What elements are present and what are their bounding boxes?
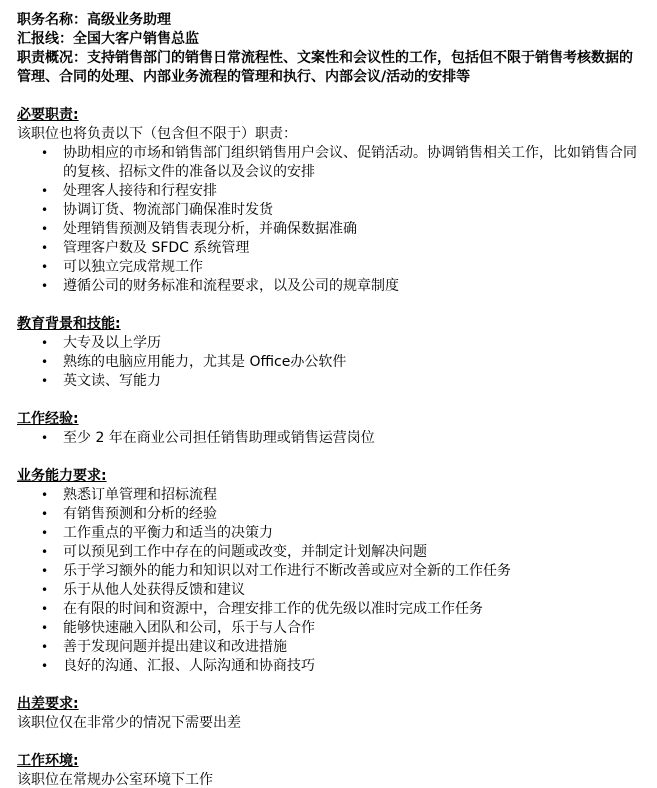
duties-intro: 该职位也将负责以下（包含但不限于）职责： <box>17 125 657 144</box>
experience-list: •至少 2 年在商业公司担任销售助理或销售运营岗位 <box>17 429 657 448</box>
bullet-icon: • <box>41 505 48 524</box>
bullet-icon: • <box>41 619 48 638</box>
bullet-icon: • <box>41 334 48 353</box>
bullet-icon: • <box>41 657 48 676</box>
bullet-icon: • <box>41 220 48 239</box>
spacer <box>17 676 657 695</box>
section-heading-duties: 必要职责: <box>17 106 657 125</box>
environment-text: 该职位在常规办公室环境下工作 <box>17 771 657 788</box>
list-item: •管理客户数及 SFDC 系统管理 <box>17 239 637 258</box>
section-heading-experience: 工作经验: <box>17 410 657 429</box>
summary-label: 职责概况： <box>17 50 87 66</box>
report-line: 汇报线：全国大客户销售总监 <box>17 30 657 49</box>
bullet-icon: • <box>41 581 48 600</box>
summary-value: 支持销售部门的销售日常流程性、文案性和会议性的工作，包括但不限于销售考核数据的管… <box>17 50 633 85</box>
list-item: •大专及以上学历 <box>17 334 637 353</box>
list-item: •能够快速融入团队和公司，乐于与人合作 <box>17 619 637 638</box>
list-item: •工作重点的平衡力和适当的决策力 <box>17 524 637 543</box>
bullet-icon: • <box>41 372 48 391</box>
list-item: •善于发现问题并提出建议和改进措施 <box>17 638 637 657</box>
bullet-icon: • <box>41 144 48 163</box>
section-heading-travel: 出差要求: <box>17 695 657 714</box>
spacer <box>17 296 657 315</box>
list-item: •乐于从他人处获得反馈和建议 <box>17 581 637 600</box>
report-value: 全国大客户销售总监 <box>73 31 199 47</box>
section-heading-education: 教育背景和技能: <box>17 315 657 334</box>
bullet-icon: • <box>41 239 48 258</box>
bullet-icon: • <box>41 353 48 372</box>
list-item: •处理客人接待和行程安排 <box>17 182 637 201</box>
list-item: •协助相应的市场和销售部门组织销售用户会议、促销活动。协调销售相关工作，比如销售… <box>17 144 637 182</box>
list-item: •良好的沟通、汇报、人际沟通和协商技巧 <box>17 657 637 676</box>
bullet-icon: • <box>41 543 48 562</box>
list-item: •至少 2 年在商业公司担任销售助理或销售运营岗位 <box>17 429 637 448</box>
travel-text: 该职位仅在非常少的情况下需要出差 <box>17 714 657 733</box>
section-heading-environment: 工作环境: <box>17 752 657 771</box>
list-item: •熟悉订单管理和招标流程 <box>17 486 637 505</box>
spacer <box>17 448 657 467</box>
bullet-icon: • <box>41 201 48 220</box>
job-title-value: 高级业务助理 <box>87 12 171 28</box>
list-item: •处理销售预测及销售表现分析，并确保数据准确 <box>17 220 637 239</box>
list-item: •有销售预测和分析的经验 <box>17 505 637 524</box>
spacer <box>17 391 657 410</box>
bullet-icon: • <box>41 277 48 296</box>
bullet-icon: • <box>41 600 48 619</box>
job-description-document: 职务名称：高级业务助理 汇报线：全国大客户销售总监 职责概况：支持销售部门的销售… <box>0 0 657 788</box>
bullet-icon: • <box>41 638 48 657</box>
list-item: •遵循公司的财务标准和流程要求，以及公司的规章制度 <box>17 277 637 296</box>
report-label: 汇报线： <box>17 31 73 47</box>
section-heading-abilities: 业务能力要求: <box>17 467 657 486</box>
spacer <box>17 87 657 106</box>
bullet-icon: • <box>41 486 48 505</box>
list-item: •乐于学习额外的能力和知识以对工作进行不断改善或应对全新的工作任务 <box>17 562 637 581</box>
list-item: •协调订货、物流部门确保准时发货 <box>17 201 637 220</box>
list-item: •英文读、写能力 <box>17 372 637 391</box>
bullet-icon: • <box>41 524 48 543</box>
bullet-icon: • <box>41 258 48 277</box>
list-item: •熟练的电脑应用能力，尤其是 Office办公软件 <box>17 353 637 372</box>
list-item: •可以预见到工作中存在的问题或改变，并制定计划解决问题 <box>17 543 637 562</box>
list-item: •在有限的时间和资源中，合理安排工作的优先级以准时完成工作任务 <box>17 600 637 619</box>
duties-list: •协助相应的市场和销售部门组织销售用户会议、促销活动。协调销售相关工作，比如销售… <box>17 144 657 296</box>
list-item: •可以独立完成常规工作 <box>17 258 637 277</box>
summary-paragraph: 职责概况：支持销售部门的销售日常流程性、文案性和会议性的工作，包括但不限于销售考… <box>17 49 642 87</box>
education-list: •大专及以上学历 •熟练的电脑应用能力，尤其是 Office办公软件 •英文读、… <box>17 334 657 391</box>
job-title-line: 职务名称：高级业务助理 <box>17 11 657 30</box>
bullet-icon: • <box>41 562 48 581</box>
abilities-list: •熟悉订单管理和招标流程 •有销售预测和分析的经验 •工作重点的平衡力和适当的决… <box>17 486 657 676</box>
bullet-icon: • <box>41 182 48 201</box>
bullet-icon: • <box>41 429 48 448</box>
spacer <box>17 733 657 752</box>
job-title-label: 职务名称： <box>17 12 87 28</box>
